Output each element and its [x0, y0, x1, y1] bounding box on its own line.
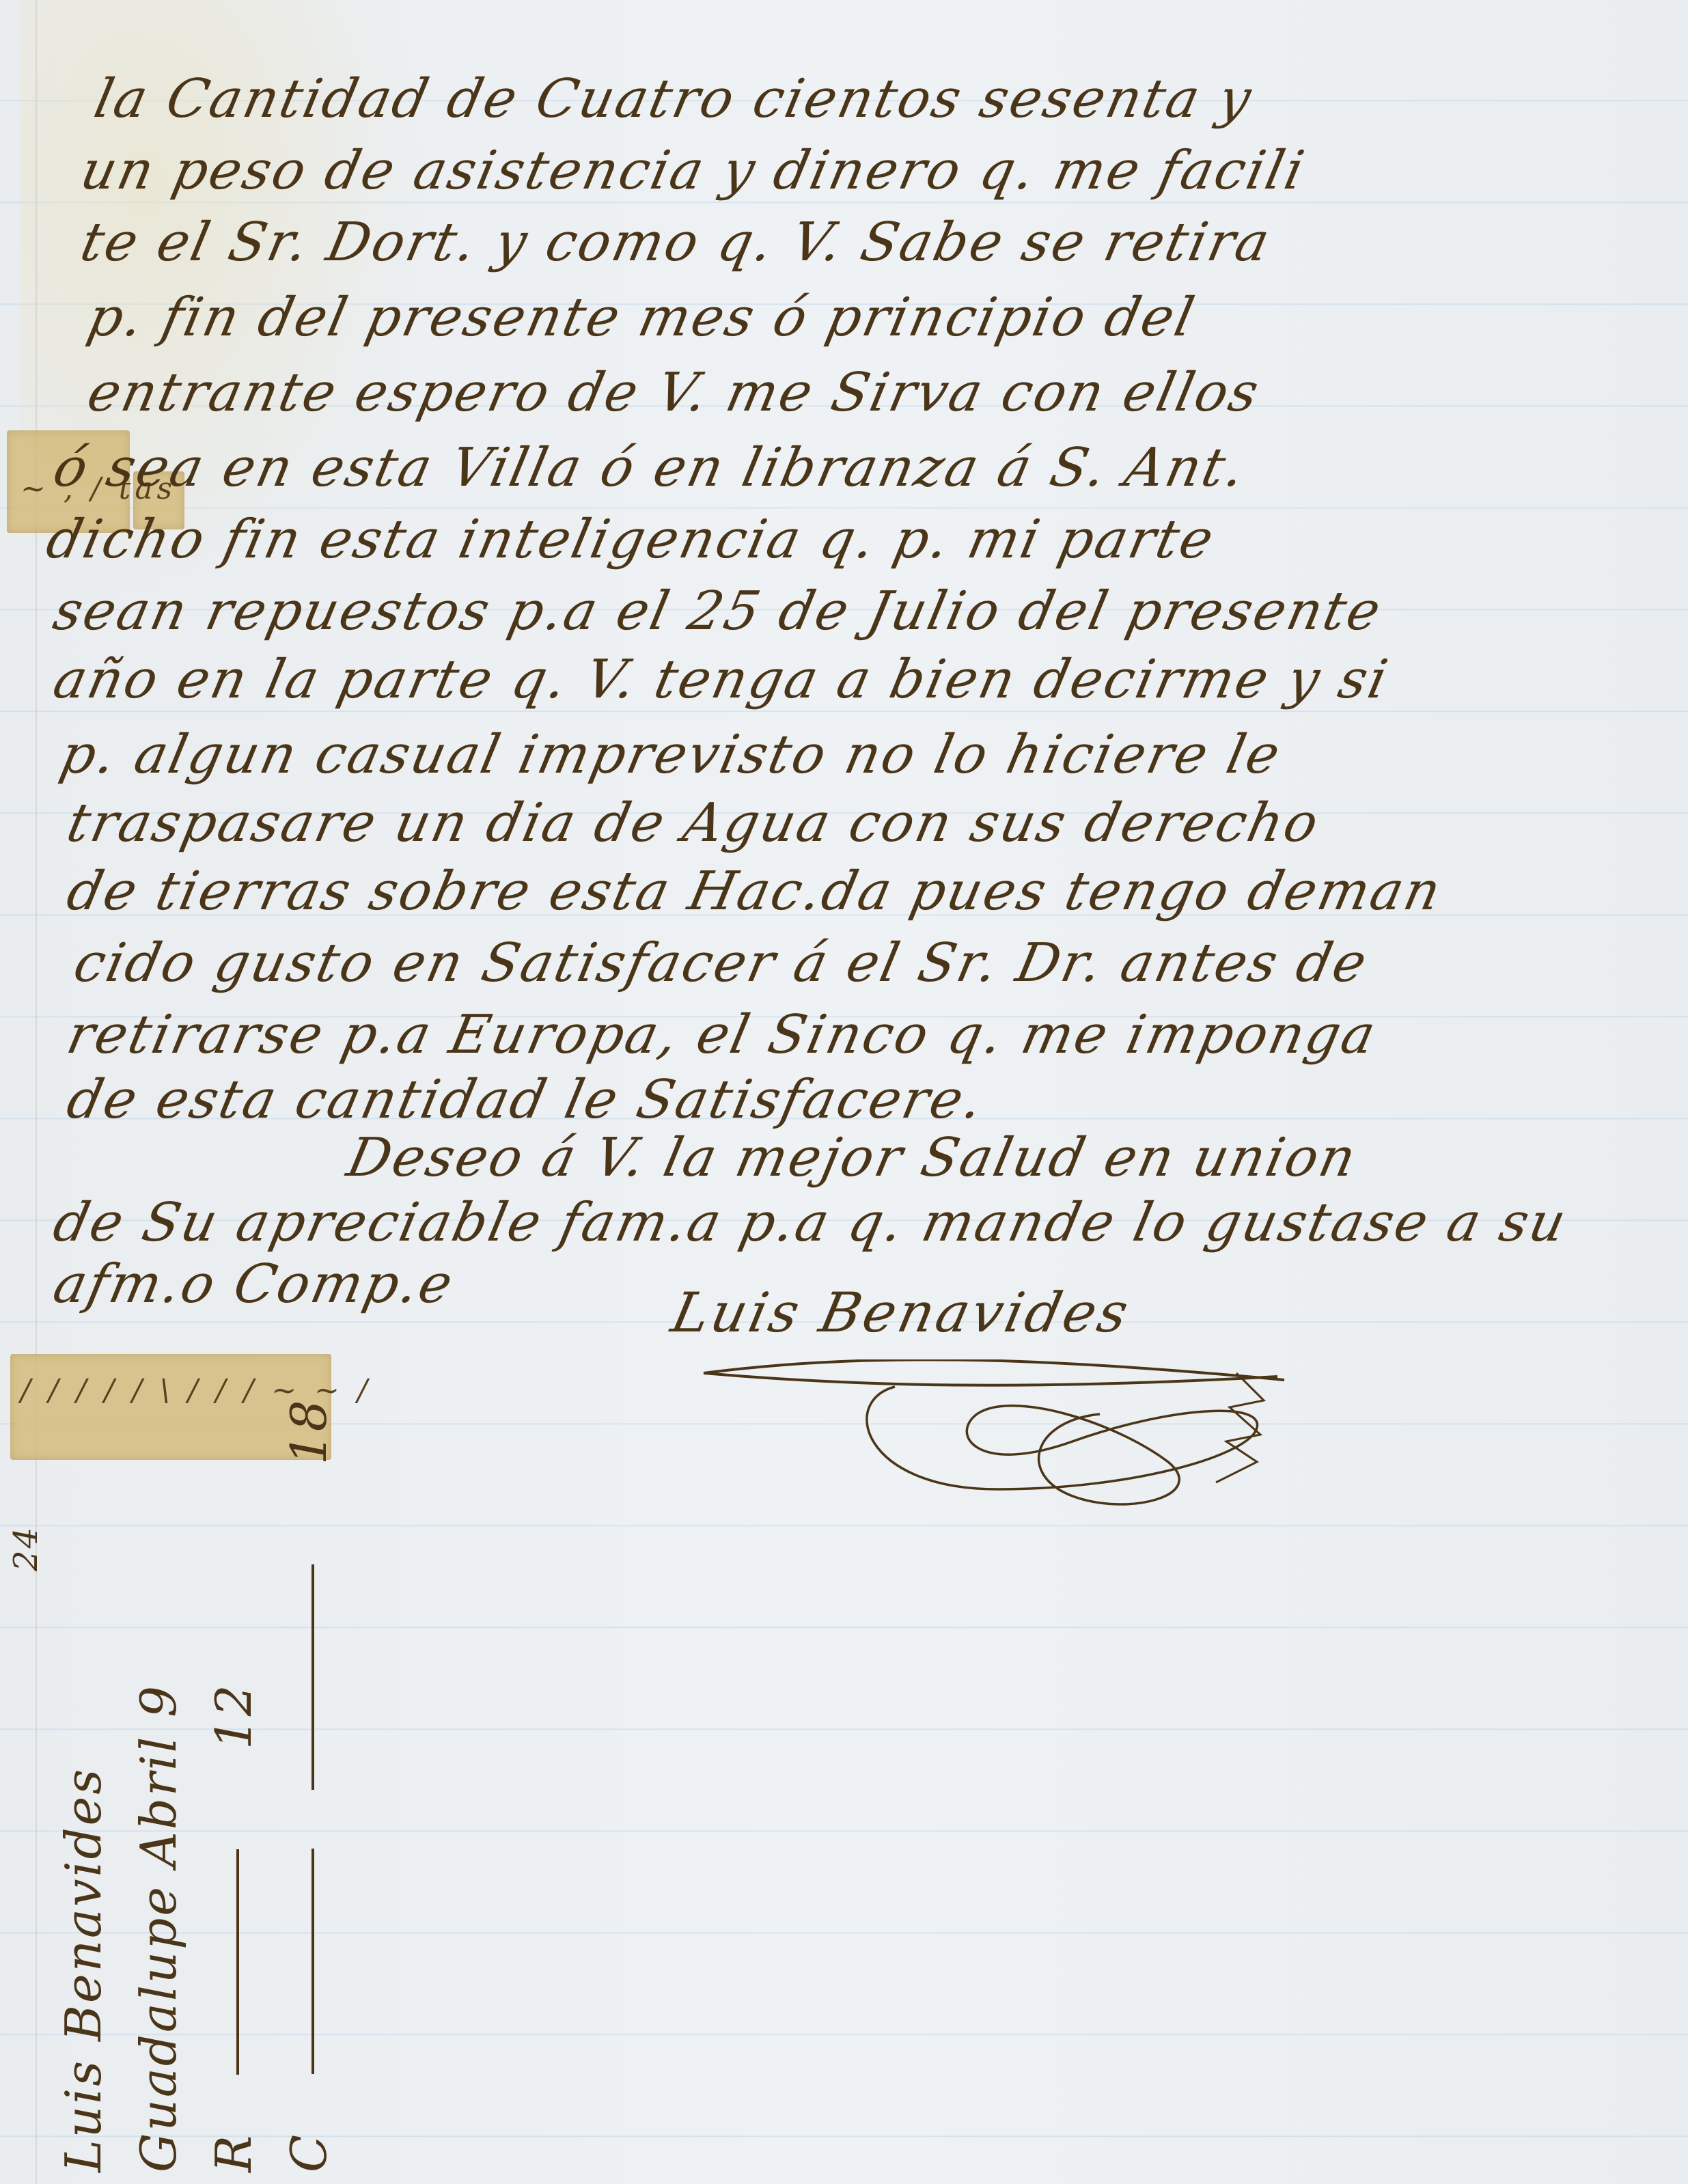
docket-rule [312, 1564, 314, 1790]
docket-received-label: R [205, 2133, 262, 2172]
docket-line: R 12 [205, 1398, 280, 2172]
docket-line: C 18 [280, 1398, 355, 2172]
docket-author: Luis Benavides [55, 1767, 112, 2172]
letter-line: sean repuestos p.a el 25 de Julio del pr… [48, 581, 1387, 642]
letter-line: un peso de asistencia y dinero q. me fac… [75, 140, 1311, 202]
letter-line: traspasare un dia de Agua con sus derech… [61, 792, 1325, 854]
docket-line: Guadalupe Abril 9 [130, 1398, 205, 2172]
letter-line: de tierras sobre esta Hac.da pues tengo … [61, 861, 1448, 922]
letter-line: p. algun casual imprevisto no lo hiciere… [55, 724, 1286, 786]
docket-line: Luis Benavides [55, 1398, 130, 2172]
signature-rubric-flourish [690, 1359, 1305, 1523]
docket-rule [312, 1849, 314, 2074]
docket-received-value: 12 [205, 1683, 262, 1750]
letter-line: entrante espero de V. me Sirva con ellos [82, 362, 1265, 424]
letter-line: año en la parte q. V. tenga a bien decir… [48, 649, 1394, 710]
letter-line: Deseo á V. la mejor Salud en union [342, 1127, 1363, 1189]
letter-line: afm.o Comp.e [48, 1254, 460, 1315]
docket-answered-label: C [280, 2133, 337, 2172]
letter-line: retirarse p.a Europa, el Sinco q. me imp… [61, 1004, 1382, 1066]
letter-line: de Su apreciable fam.a p.a q. mande lo g… [48, 1192, 1573, 1254]
letter-line: de esta cantidad le Satisfacere. [61, 1069, 989, 1131]
letter-line: cido gusto en Satisfacer á el Sr. Dr. an… [68, 932, 1373, 994]
docket-number: 24 [7, 1398, 55, 1571]
letter-line: dicho fin esta inteligencia q. p. mi par… [41, 509, 1220, 570]
letter-line: la Cantidad de Cuatro cientos sesenta y [89, 68, 1258, 130]
letter-line: te el Sr. Dort. y como q. V. Sabe se ret… [75, 212, 1276, 273]
docket-place-date: Guadalupe Abril 9 [130, 1684, 187, 2172]
letter-line: p. fin del presente mes ó principio del [82, 287, 1201, 348]
signature: Luis Benavides [666, 1281, 1136, 1344]
margin-docket-note: 24 Luis Benavides Guadalupe Abril 9 R 12… [7, 1398, 355, 2172]
docket-answered-value: 18 [280, 1398, 337, 1465]
docket-rule [236, 1849, 239, 2075]
letter-line: ó sea en esta Villa ó en libranza á S. A… [48, 437, 1251, 499]
